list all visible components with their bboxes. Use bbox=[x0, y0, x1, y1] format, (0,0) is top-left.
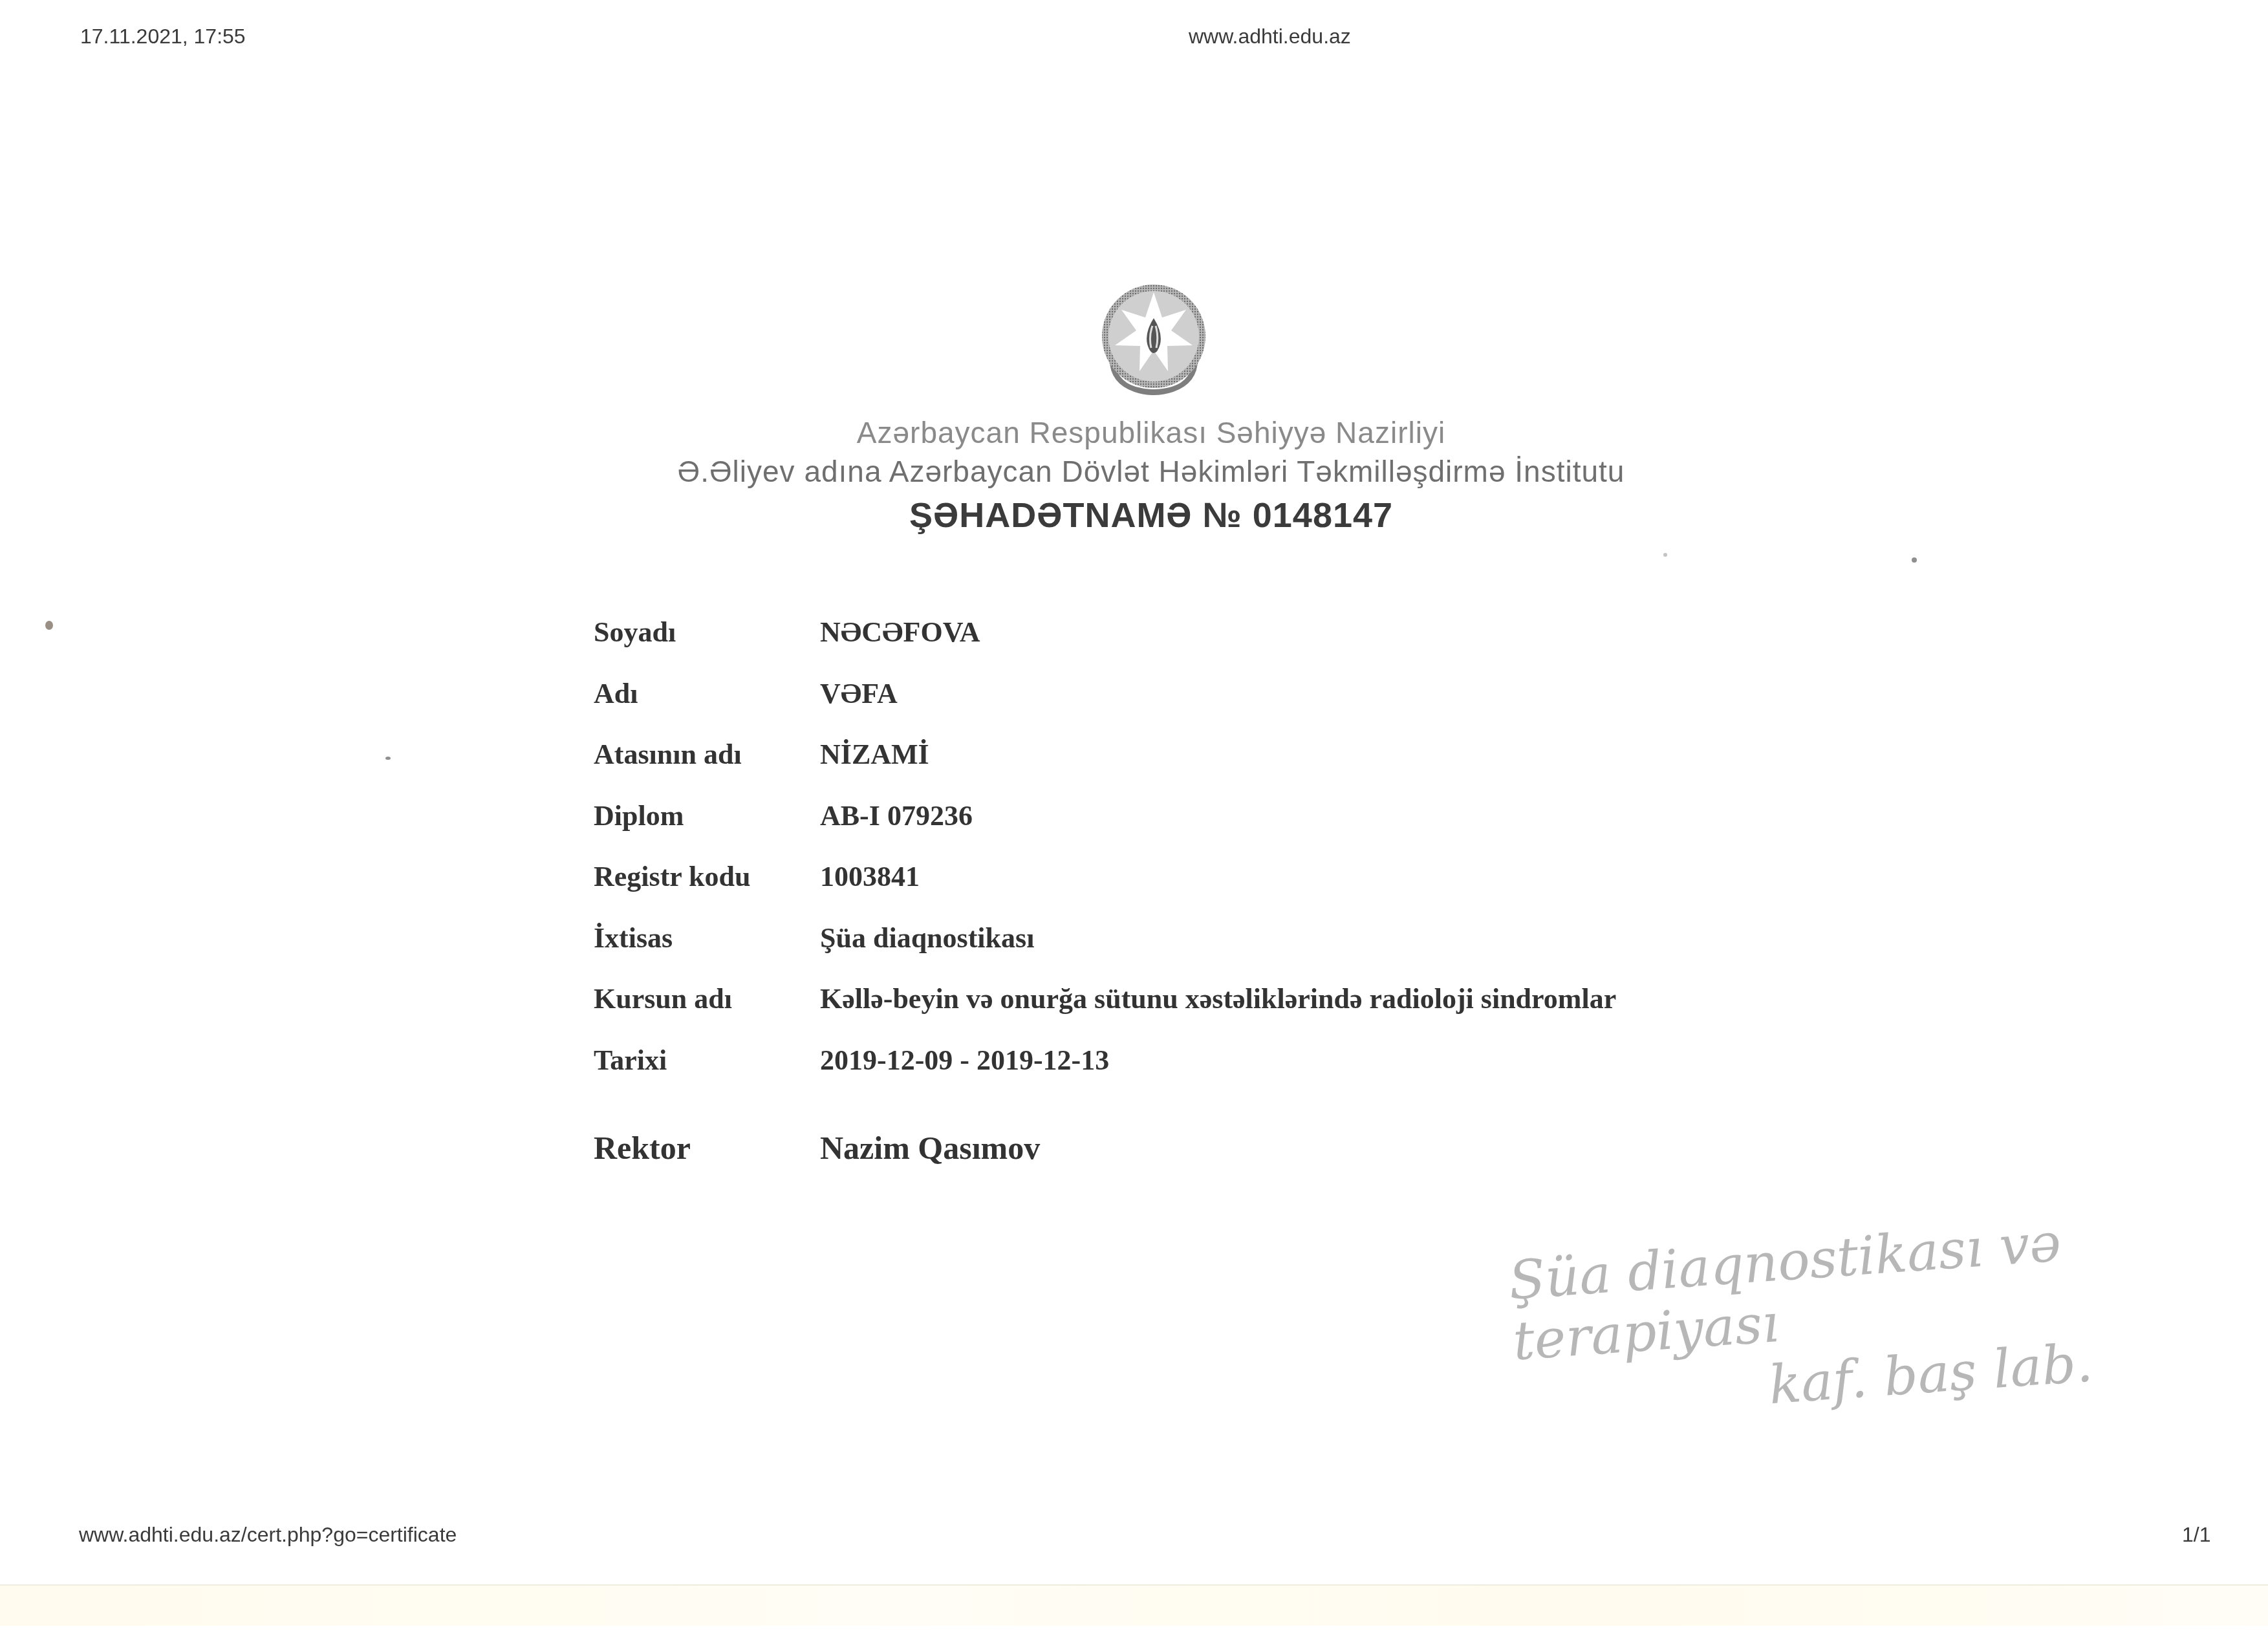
field-value: 1003841 bbox=[820, 860, 920, 893]
rector-name: Nazim Qasımov bbox=[820, 1129, 1040, 1167]
field-value: NİZAMİ bbox=[820, 738, 929, 771]
print-footer-url: www.adhti.edu.az/cert.php?go=certificate bbox=[79, 1523, 457, 1547]
scan-speck bbox=[385, 757, 391, 760]
scan-edge-band bbox=[0, 1584, 2268, 1626]
field-label: Atasının adı bbox=[594, 738, 742, 771]
field-value: VƏFA bbox=[820, 677, 898, 710]
field-value: Kəllə-beyin və onurğa sütunu xəstəliklər… bbox=[820, 982, 1616, 1015]
field-label: İxtisas bbox=[594, 921, 673, 954]
rector-label: Rektor bbox=[594, 1129, 691, 1167]
field-label: Kursun adı bbox=[594, 982, 732, 1015]
print-header-site: www.adhti.edu.az bbox=[1189, 25, 1351, 48]
scan-speck bbox=[1912, 557, 1917, 563]
field-value: AB-I 079236 bbox=[820, 799, 973, 832]
print-footer-page-number: 1/1 bbox=[2182, 1523, 2210, 1547]
institute-name: Ə.Əliyev adına Azərbaycan Dövlət Həkimlə… bbox=[0, 454, 2268, 489]
handwritten-note: Şüa diaqnostikası və terapiyası kaf. baş… bbox=[1507, 1198, 2268, 1434]
field-label: Diplom bbox=[594, 799, 684, 832]
field-value: 2019-12-09 - 2019-12-13 bbox=[820, 1044, 1109, 1077]
ministry-name: Azərbaycan Respublikası Səhiyyə Nazirliy… bbox=[0, 415, 2268, 450]
field-label: Soyadı bbox=[594, 616, 676, 649]
azerbaijan-state-emblem-icon bbox=[1096, 274, 1212, 401]
field-value: NƏCƏFOVA bbox=[820, 616, 980, 649]
scan-speck bbox=[1663, 553, 1667, 557]
field-label: Tarixi bbox=[594, 1044, 667, 1077]
certificate-title: ŞƏHADƏTNAMƏ № 0148147 bbox=[0, 495, 2268, 535]
field-value: Şüa diaqnostikası bbox=[820, 921, 1034, 954]
field-label: Adı bbox=[594, 677, 638, 710]
field-label: Registr kodu bbox=[594, 860, 750, 893]
print-header-datetime: 17.11.2021, 17:55 bbox=[80, 25, 246, 48]
scan-speck bbox=[45, 621, 53, 630]
